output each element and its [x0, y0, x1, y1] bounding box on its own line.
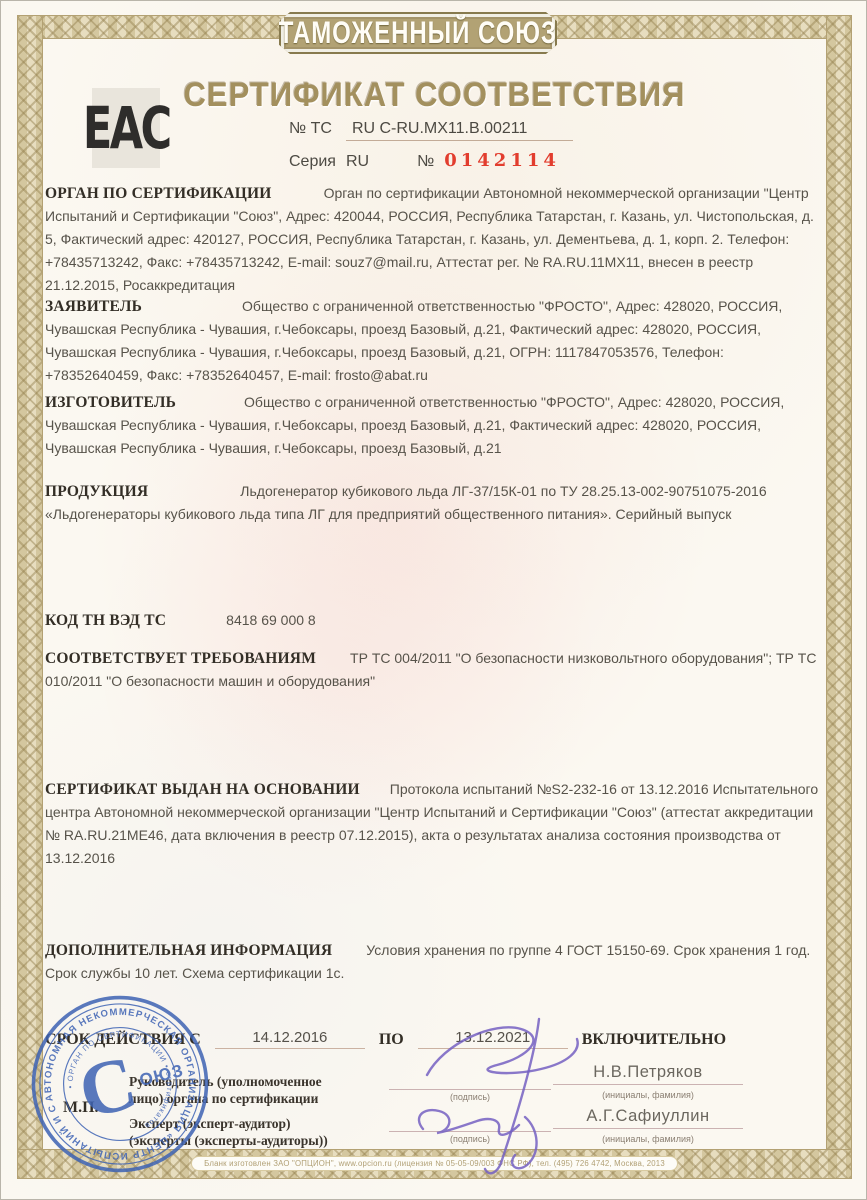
customs-union-plaque: ТАМОЖЕННЫЙ СОЮЗ [279, 12, 557, 54]
section-heading: ЗАЯВИТЕЛЬ [45, 298, 142, 315]
section-heading: СООТВЕТСТВУЕТ ТРЕБОВАНИЯМ [45, 650, 316, 667]
series-label: Серия [289, 153, 336, 170]
section-heading: СЕРТИФИКАТ ВЫДАН НА ОСНОВАНИИ [45, 781, 360, 798]
stamp-center-big-letter: С [71, 1039, 145, 1135]
section-product: ПРОДУКЦИЯЛьдогенератор кубикового льда Л… [45, 480, 819, 526]
series-serial-number: 0142114 [444, 150, 560, 171]
series-number-sign: № [417, 153, 434, 170]
certificate-number-row: № ТСRU C-RU.MX11.B.00211 [289, 120, 573, 141]
stamp-center-small-text: ОЮЗ [137, 1060, 185, 1090]
tn-ved-code-value: 8418 69 000 8 [226, 612, 316, 628]
validity-date-from: 14.12.2016 [215, 1029, 365, 1049]
section-text: Льдогенератор кубикового льда ЛГ-37/15К-… [45, 483, 767, 522]
section-basis: СЕРТИФИКАТ ВЫДАН НА ОСНОВАНИИПротокола и… [45, 778, 819, 870]
certificate-page: ТАМОЖЕННЫЙ СОЮЗ ЕАС СЕРТИФИКАТ СООТВЕТСТ… [0, 0, 867, 1200]
border-right-ornament [826, 15, 852, 1179]
section-heading: ОРГАН ПО СЕРТИФИКАЦИИ [45, 185, 272, 202]
section-applicant: ЗАЯВИТЕЛЬОбщество с ограниченной ответст… [45, 295, 819, 387]
no-ts-label: № ТС [289, 120, 332, 137]
customs-union-label: ТАМОЖЕННЫЙ СОЮЗ [279, 15, 557, 51]
section-heading: ДОПОЛНИТЕЛЬНАЯ ИНФОРМАЦИЯ [45, 942, 332, 959]
section-heading: КОД ТН ВЭД ТС [45, 612, 166, 629]
section-heading: ИЗГОТОВИТЕЛЬ [45, 394, 176, 411]
series-ru: RU [346, 153, 369, 170]
series-row: СерияRU№0142114 [289, 150, 560, 171]
section-certification-body: ОРГАН ПО СЕРТИФИКАЦИИОрган по сертификац… [45, 182, 819, 297]
border-left-ornament [17, 15, 43, 1179]
certificate-title: СЕРТИФИКАТ СООТВЕТСТВИЯ [1, 77, 867, 113]
handwritten-signature [389, 1013, 619, 1183]
section-manufacturer: ИЗГОТОВИТЕЛЬОбщество с ограниченной отве… [45, 391, 819, 460]
section-additional-info: ДОПОЛНИТЕЛЬНАЯ ИНФОРМАЦИЯУсловия хранени… [45, 939, 819, 985]
section-tn-ved-code: КОД ТН ВЭД ТС8418 69 000 8 [45, 609, 819, 632]
section-requirements: СООТВЕТСТВУЕТ ТРЕБОВАНИЯМТР ТС 004/2011 … [45, 647, 819, 693]
section-heading: ПРОДУКЦИЯ [45, 483, 148, 500]
certificate-number-value: RU C-RU.MX11.B.00211 [346, 120, 573, 141]
